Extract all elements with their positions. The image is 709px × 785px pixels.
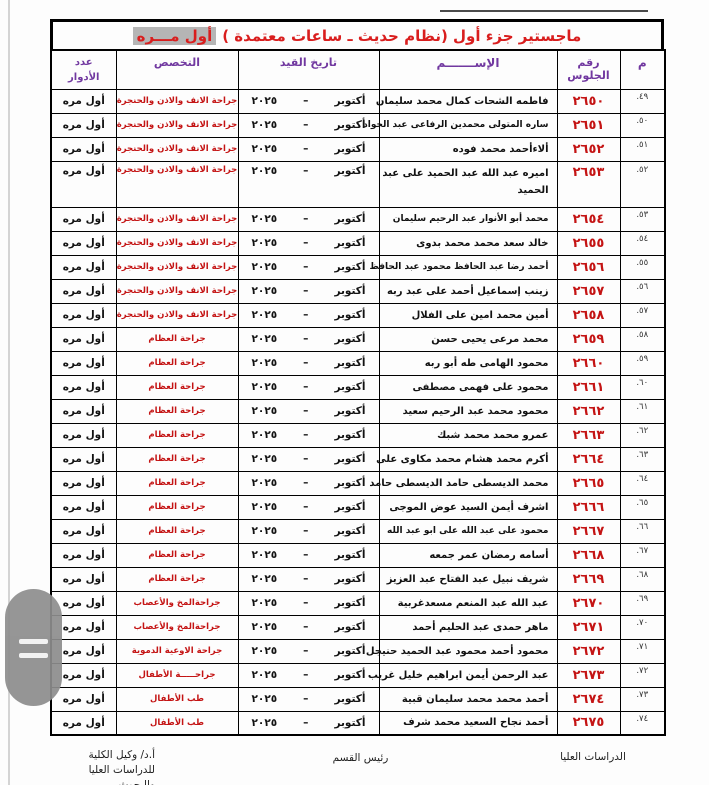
date-separator: – — [303, 717, 308, 729]
cell-student-name: أمين محمد امين على الفلال — [379, 303, 557, 327]
cell-student-name: زينب إسماعيل أحمد على عبد ربه — [379, 279, 557, 303]
col-header-name: الإســـــــم — [379, 50, 557, 89]
footer-left-line2: للدراسات العليا والبحوث — [55, 763, 155, 785]
cell-specialty: جراحةالمخ والأعصاب — [116, 591, 238, 615]
date-year: ٢٠٢٥ — [252, 357, 278, 369]
cell-rounds: أول مره — [51, 137, 116, 161]
cell-specialty: جراحة العظام — [116, 351, 238, 375]
cell-index: ٧٣. — [620, 687, 665, 711]
table-row: ٤٩. ٢٦٥٠ فاطمه الشحات كمال محمد سليمان أ… — [51, 89, 665, 113]
cell-specialty: جراحةالمخ والأعصاب — [116, 615, 238, 639]
cell-rounds: أول مره — [51, 351, 116, 375]
date-month: أكتوبر — [334, 429, 365, 441]
cell-specialty: جراحة العظام — [116, 519, 238, 543]
cell-specialty: طب الأطفال — [116, 711, 238, 735]
cell-seat-number: ٢٦٦٦ — [557, 495, 620, 519]
cell-index: ٦٦. — [620, 519, 665, 543]
date-separator: – — [303, 357, 308, 369]
document: ماجستير جزء أول (نظام حديث ـ ساعات معتمد… — [50, 19, 664, 736]
date-separator: – — [303, 549, 308, 561]
date-year: ٢٠٢٥ — [252, 333, 278, 345]
cell-enrollment-date: أكتوبر – ٢٠٢٥ — [238, 399, 379, 423]
cell-enrollment-date: أكتوبر – ٢٠٢٥ — [238, 303, 379, 327]
cell-seat-number: ٢٦٥٩ — [557, 327, 620, 351]
date-year: ٢٠٢٥ — [252, 237, 278, 249]
cell-index: ٦٣. — [620, 447, 665, 471]
cell-rounds: أول مره — [51, 375, 116, 399]
table-row: ٦٥. ٢٦٦٦ اشرف أيمن السيد عوض الموجى أكتو… — [51, 495, 665, 519]
cell-index: ٥١. — [620, 137, 665, 161]
cell-seat-number: ٢٦٧١ — [557, 615, 620, 639]
cell-specialty: جراحة العظام — [116, 399, 238, 423]
date-month: أكتوبر — [334, 357, 365, 369]
date-year: ٢٠٢٥ — [252, 669, 278, 681]
cell-seat-number: ٢٦٦٥ — [557, 471, 620, 495]
date-year: ٢٠٢٥ — [252, 477, 278, 489]
date-month: أكتوبر — [334, 621, 365, 633]
cell-seat-number: ٢٦٧٥ — [557, 711, 620, 735]
cell-specialty: جراحة العظام — [116, 423, 238, 447]
cell-specialty: جراحة الانف والاذن والحنجرة — [116, 207, 238, 231]
table-row: ٧٣. ٢٦٧٤ أحمد محمد محمد سليمان قبية أكتو… — [51, 687, 665, 711]
date-separator: – — [303, 165, 308, 177]
date-separator: – — [303, 405, 308, 417]
date-month: أكتوبر — [334, 381, 365, 393]
cell-specialty: جراحة العظام — [116, 567, 238, 591]
date-year: ٢٠٢٥ — [252, 381, 278, 393]
cell-specialty: جراحة العظام — [116, 447, 238, 471]
col-header-specialty: التخصص — [116, 50, 238, 89]
date-month: أكتوبر — [334, 453, 365, 465]
date-year: ٢٠٢٥ — [252, 693, 278, 705]
table-row: ٥٣. ٢٦٥٤ محمد أبو الأنوار عبد الرحيم سلي… — [51, 207, 665, 231]
date-separator: – — [303, 501, 308, 513]
table-row: ٦٣. ٢٦٦٤ أكرم محمد هشام محمد مكاوى على أ… — [51, 447, 665, 471]
table-header-row: م رقم الجلوس الإســـــــم تاريخ القيد ال… — [51, 50, 665, 89]
table-row: ٥١. ٢٦٥٢ ألاءأحمد محمد فوده أكتوبر – ٢٠٢… — [51, 137, 665, 161]
cell-seat-number: ٢٦٦٨ — [557, 543, 620, 567]
cell-specialty: جراحة العظام — [116, 495, 238, 519]
date-month: أكتوبر — [334, 165, 365, 177]
cell-student-name: محمد مرعى يحيى حسن — [379, 327, 557, 351]
date-separator: – — [303, 669, 308, 681]
date-year: ٢٠٢٥ — [252, 405, 278, 417]
table-row: ٥٩. ٢٦٦٠ محمود الهامى طه أبو ربه أكتوبر … — [51, 351, 665, 375]
cell-student-name: محمد أبو الأنوار عبد الرحيم سليمان — [379, 207, 557, 231]
table-row: ٦١. ٢٦٦٢ محمود محمد عبد الرحيم سعيد أكتو… — [51, 399, 665, 423]
date-separator: – — [303, 525, 308, 537]
table-row: ٧١. ٢٦٧٢ محمود أحمد محمود عبد الحميد حني… — [51, 639, 665, 663]
cell-index: ٦٠. — [620, 375, 665, 399]
date-month: أكتوبر — [334, 525, 365, 537]
date-month: أكتوبر — [334, 285, 365, 297]
cell-enrollment-date: أكتوبر – ٢٠٢٥ — [238, 711, 379, 735]
table-row: ٧٠. ٢٦٧١ ماهر حمدى عبد الحليم أحمد أكتوب… — [51, 615, 665, 639]
cell-student-name: عبد الله عبد المنعم مسعدغربية — [379, 591, 557, 615]
cell-student-name: عمرو محمد محمد شبك — [379, 423, 557, 447]
cell-specialty: جراحة الانف والاذن والحنجرة — [116, 255, 238, 279]
date-month: أكتوبر — [334, 597, 365, 609]
date-month: أكتوبر — [334, 549, 365, 561]
cell-index: ٦٤. — [620, 471, 665, 495]
cell-index: ٥٤. — [620, 231, 665, 255]
cell-seat-number: ٢٦٦١ — [557, 375, 620, 399]
table-row: ٥٤. ٢٦٥٥ خالد سعد محمد محمد بدوى أكتوبر … — [51, 231, 665, 255]
footer-center-signature: رئيس القسم — [323, 752, 398, 764]
date-separator: – — [303, 309, 308, 321]
table-row: ٦٢. ٢٦٦٣ عمرو محمد محمد شبك أكتوبر – ٢٠٢… — [51, 423, 665, 447]
date-year: ٢٠٢٥ — [252, 143, 278, 155]
cell-rounds: أول مره — [51, 519, 116, 543]
footer-left-signature: أ.د/ وكيل الكلية للدراسات العليا والبحوث — [55, 748, 155, 785]
cell-rounds: أول مره — [51, 279, 116, 303]
date-year: ٢٠٢٥ — [252, 285, 278, 297]
date-month: أكتوبر — [334, 213, 365, 225]
cell-student-name: اشرف أيمن السيد عوض الموجى — [379, 495, 557, 519]
date-separator: – — [303, 381, 308, 393]
cell-rounds: أول مره — [51, 89, 116, 113]
cell-rounds: أول مره — [51, 687, 116, 711]
table-row: ٥٠. ٢٦٥١ ساره المتولى محمدين الرفاعى عبد… — [51, 113, 665, 137]
table-row: ٥٥. ٢٦٥٦ أحمد رضا عبد الحافظ محمود عبد ا… — [51, 255, 665, 279]
cell-seat-number: ٢٦٥٨ — [557, 303, 620, 327]
cell-enrollment-date: أكتوبر – ٢٠٢٥ — [238, 543, 379, 567]
date-year: ٢٠٢٥ — [252, 525, 278, 537]
cell-index: ٥٠. — [620, 113, 665, 137]
cell-student-name: أحمد محمد محمد سليمان قبية — [379, 687, 557, 711]
cell-enrollment-date: أكتوبر – ٢٠٢٥ — [238, 591, 379, 615]
cell-seat-number: ٢٦٧٣ — [557, 663, 620, 687]
cell-specialty: جراحة الانف والاذن والحنجرة — [116, 231, 238, 255]
cell-student-name: اميره عبد الله عبد الحميد على عبد الحميد — [379, 161, 557, 207]
cell-student-name: ساره المتولى محمدين الرفاعى عبد الجواد — [379, 113, 557, 137]
cell-student-name: عبد الرحمن أيمن ابراهيم خليل غريب — [379, 663, 557, 687]
cell-seat-number: ٢٦٥٥ — [557, 231, 620, 255]
cell-seat-number: ٢٦٦٤ — [557, 447, 620, 471]
date-year: ٢٠٢٥ — [252, 621, 278, 633]
cell-seat-number: ٢٦٦٠ — [557, 351, 620, 375]
date-separator: – — [303, 213, 308, 225]
cell-specialty: جراحة العظام — [116, 471, 238, 495]
cell-enrollment-date: أكتوبر – ٢٠٢٥ — [238, 519, 379, 543]
top-underline — [440, 10, 648, 12]
date-year: ٢٠٢٥ — [252, 95, 278, 107]
col-header-date: تاريخ القيد — [238, 50, 379, 89]
student-table-body: ٤٩. ٢٦٥٠ فاطمه الشحات كمال محمد سليمان أ… — [51, 89, 665, 735]
cell-specialty: جراحة العظام — [116, 543, 238, 567]
date-separator: – — [303, 119, 308, 131]
cell-enrollment-date: أكتوبر – ٢٠٢٥ — [238, 161, 379, 207]
cell-rounds: أول مره — [51, 543, 116, 567]
cell-rounds: أول مره — [51, 161, 116, 207]
cell-index: ٦٨. — [620, 567, 665, 591]
cell-student-name: ألاءأحمد محمد فوده — [379, 137, 557, 161]
cell-index: ٥٨. — [620, 327, 665, 351]
cell-rounds: أول مره — [51, 255, 116, 279]
cell-rounds: أول مره — [51, 567, 116, 591]
cell-student-name: محمد الديسطى حامد الديسطى حامد — [379, 471, 557, 495]
date-separator: – — [303, 645, 308, 657]
table-row: ٥٧. ٢٦٥٨ أمين محمد امين على الفلال أكتوب… — [51, 303, 665, 327]
date-separator: – — [303, 597, 308, 609]
cell-specialty: جراحة الانف والاذن والحنجرة — [116, 279, 238, 303]
cell-student-name: محمود محمد عبد الرحيم سعيد — [379, 399, 557, 423]
students-table: م رقم الجلوس الإســـــــم تاريخ القيد ال… — [50, 49, 666, 736]
cell-index: ٥٧. — [620, 303, 665, 327]
col-header-rounds: عدد الأدوار — [51, 50, 116, 89]
cell-student-name: محمود على فهمى مصطفى — [379, 375, 557, 399]
cell-seat-number: ٢٦٧٢ — [557, 639, 620, 663]
cell-student-name: ماهر حمدى عبد الحليم أحمد — [379, 615, 557, 639]
cell-rounds: أول مره — [51, 207, 116, 231]
cell-enrollment-date: أكتوبر – ٢٠٢٥ — [238, 207, 379, 231]
date-month: أكتوبر — [334, 669, 365, 681]
date-month: أكتوبر — [334, 143, 365, 155]
cell-index: ٤٩. — [620, 89, 665, 113]
date-year: ٢٠٢٥ — [252, 645, 278, 657]
date-month: أكتوبر — [334, 501, 365, 513]
cell-rounds: أول مره — [51, 113, 116, 137]
cell-enrollment-date: أكتوبر – ٢٠٢٥ — [238, 639, 379, 663]
date-year: ٢٠٢٥ — [252, 501, 278, 513]
cell-enrollment-date: أكتوبر – ٢٠٢٥ — [238, 279, 379, 303]
cell-student-name: محمود على عبد الله على ابو عبد الله — [379, 519, 557, 543]
cell-rounds: أول مره — [51, 447, 116, 471]
date-separator: – — [303, 333, 308, 345]
cell-index: ٥٢. — [620, 161, 665, 207]
date-month: أكتوبر — [334, 693, 365, 705]
cell-seat-number: ٢٦٧٤ — [557, 687, 620, 711]
cell-rounds: أول مره — [51, 231, 116, 255]
date-month: أكتوبر — [334, 95, 365, 107]
table-row: ٧٤. ٢٦٧٥ أحمد نجاح السعيد محمد شرف أكتوب… — [51, 711, 665, 735]
table-row: ٦٩. ٢٦٧٠ عبد الله عبد المنعم مسعدغربية أ… — [51, 591, 665, 615]
handle-bar-icon — [19, 639, 48, 644]
cell-specialty: جراحة الانف والاذن والحنجرة — [116, 303, 238, 327]
cell-index: ٦٩. — [620, 591, 665, 615]
cell-index: ٧٢. — [620, 663, 665, 687]
cell-seat-number: ٢٦٦٩ — [557, 567, 620, 591]
cell-seat-number: ٢٦٥٠ — [557, 89, 620, 113]
date-month: أكتوبر — [334, 333, 365, 345]
date-separator: – — [303, 261, 308, 273]
date-separator: – — [303, 143, 308, 155]
cell-rounds: أول مره — [51, 495, 116, 519]
cell-seat-number: ٢٦٦٧ — [557, 519, 620, 543]
date-month: أكتوبر — [334, 405, 365, 417]
date-separator: – — [303, 477, 308, 489]
table-row: ٦٧. ٢٦٦٨ أسامه رمضان عمر جمعه أكتوبر – ٢… — [51, 543, 665, 567]
date-month: أكتوبر — [334, 261, 365, 273]
cell-student-name: أكرم محمد هشام محمد مكاوى على — [379, 447, 557, 471]
handle-bar-icon — [19, 653, 48, 658]
cell-enrollment-date: أكتوبر – ٢٠٢٥ — [238, 231, 379, 255]
cell-index: ٦١. — [620, 399, 665, 423]
date-month: أكتوبر — [334, 717, 365, 729]
cell-enrollment-date: أكتوبر – ٢٠٢٥ — [238, 423, 379, 447]
cell-index: ٦٥. — [620, 495, 665, 519]
cell-seat-number: ٢٦٦٢ — [557, 399, 620, 423]
date-year: ٢٠٢٥ — [252, 261, 278, 273]
cell-seat-number: ٢٦٥٦ — [557, 255, 620, 279]
date-separator: – — [303, 573, 308, 585]
date-year: ٢٠٢٥ — [252, 597, 278, 609]
cell-seat-number: ٢٦٥٤ — [557, 207, 620, 231]
cell-enrollment-date: أكتوبر – ٢٠٢٥ — [238, 327, 379, 351]
cell-specialty: جراحـــــة الأطفال — [116, 663, 238, 687]
cell-index: ٦٧. — [620, 543, 665, 567]
footer-left-line1: أ.د/ وكيل الكلية — [55, 748, 155, 763]
date-year: ٢٠٢٥ — [252, 309, 278, 321]
date-month: أكتوبر — [334, 573, 365, 585]
cell-enrollment-date: أكتوبر – ٢٠٢٥ — [238, 89, 379, 113]
cell-enrollment-date: أكتوبر – ٢٠٢٥ — [238, 663, 379, 687]
cell-rounds: أول مره — [51, 711, 116, 735]
cell-student-name: فاطمه الشحات كمال محمد سليمان — [379, 89, 557, 113]
date-month: أكتوبر — [334, 645, 365, 657]
date-year: ٢٠٢٥ — [252, 119, 278, 131]
page-title-main: ماجستير جزء أول (نظام حديث ـ ساعات معتمد… — [222, 27, 581, 45]
cell-seat-number: ٢٦٥١ — [557, 113, 620, 137]
footer-right-signature: الدراسات العليا — [552, 751, 634, 763]
table-row: ٥٨. ٢٦٥٩ محمد مرعى يحيى حسن أكتوبر – ٢٠٢… — [51, 327, 665, 351]
date-year: ٢٠٢٥ — [252, 213, 278, 225]
cell-rounds: أول مره — [51, 327, 116, 351]
date-separator: – — [303, 429, 308, 441]
cell-index: ٥٥. — [620, 255, 665, 279]
cell-rounds: أول مره — [51, 399, 116, 423]
table-row: ٦٠. ٢٦٦١ محمود على فهمى مصطفى أكتوبر – ٢… — [51, 375, 665, 399]
date-month: أكتوبر — [334, 309, 365, 321]
col-header-seat: رقم الجلوس — [557, 50, 620, 89]
cell-index: ٥٦. — [620, 279, 665, 303]
cell-index: ٦٢. — [620, 423, 665, 447]
cell-specialty: جراحة الانف والاذن والحنجرة — [116, 161, 238, 207]
cell-enrollment-date: أكتوبر – ٢٠٢٥ — [238, 447, 379, 471]
cell-enrollment-date: أكتوبر – ٢٠٢٥ — [238, 567, 379, 591]
cell-specialty: طب الأطفال — [116, 687, 238, 711]
cell-enrollment-date: أكتوبر – ٢٠٢٥ — [238, 113, 379, 137]
cell-index: ٧٠. — [620, 615, 665, 639]
cell-student-name: أحمد رضا عبد الحافظ محمود عبد الحافظ — [379, 255, 557, 279]
cell-enrollment-date: أكتوبر – ٢٠٢٥ — [238, 471, 379, 495]
cell-enrollment-date: أكتوبر – ٢٠٢٥ — [238, 615, 379, 639]
cell-enrollment-date: أكتوبر – ٢٠٢٥ — [238, 495, 379, 519]
cell-rounds: أول مره — [51, 471, 116, 495]
cell-rounds: أول مره — [51, 303, 116, 327]
cell-specialty: جراحة العظام — [116, 375, 238, 399]
page-title: ماجستير جزء أول (نظام حديث ـ ساعات معتمد… — [50, 19, 664, 49]
cell-specialty: جراحة الانف والاذن والحنجرة — [116, 89, 238, 113]
date-year: ٢٠٢٥ — [252, 573, 278, 585]
cell-student-name: محمود الهامى طه أبو ربه — [379, 351, 557, 375]
date-year: ٢٠٢٥ — [252, 717, 278, 729]
date-separator: – — [303, 453, 308, 465]
col-header-index: م — [620, 50, 665, 89]
table-row: ٥٢. ٢٦٥٣ اميره عبد الله عبد الحميد على ع… — [51, 161, 665, 207]
cell-enrollment-date: أكتوبر – ٢٠٢٥ — [238, 375, 379, 399]
table-row: ٧٢. ٢٦٧٣ عبد الرحمن أيمن ابراهيم خليل غر… — [51, 663, 665, 687]
page-title-highlight: أول مـــره — [133, 27, 217, 45]
cell-enrollment-date: أكتوبر – ٢٠٢٥ — [238, 255, 379, 279]
cell-student-name: خالد سعد محمد محمد بدوى — [379, 231, 557, 255]
date-year: ٢٠٢٥ — [252, 429, 278, 441]
cell-student-name: محمود أحمد محمود عبد الحميد حنيجل — [379, 639, 557, 663]
date-separator: – — [303, 285, 308, 297]
cell-seat-number: ٢٦٥٢ — [557, 137, 620, 161]
cell-rounds: أول مره — [51, 423, 116, 447]
cell-student-name: شريف نبيل عبد الفتاح عبد العزيز — [379, 567, 557, 591]
table-row: ٦٤. ٢٦٦٥ محمد الديسطى حامد الديسطى حامد … — [51, 471, 665, 495]
cell-specialty: جراحة العظام — [116, 327, 238, 351]
date-separator: – — [303, 693, 308, 705]
cell-index: ٧٤. — [620, 711, 665, 735]
floating-side-handle[interactable] — [5, 589, 62, 706]
date-month: أكتوبر — [334, 119, 365, 131]
table-row: ٦٦. ٢٦٦٧ محمود على عبد الله على ابو عبد … — [51, 519, 665, 543]
date-year: ٢٠٢٥ — [252, 453, 278, 465]
cell-enrollment-date: أكتوبر – ٢٠٢٥ — [238, 687, 379, 711]
cell-enrollment-date: أكتوبر – ٢٠٢٥ — [238, 137, 379, 161]
cell-seat-number: ٢٦٦٣ — [557, 423, 620, 447]
cell-index: ٥٣. — [620, 207, 665, 231]
cell-student-name: أسامه رمضان عمر جمعه — [379, 543, 557, 567]
cell-specialty: جراحة الانف والاذن والحنجرة — [116, 113, 238, 137]
cell-seat-number: ٢٦٧٠ — [557, 591, 620, 615]
date-year: ٢٠٢٥ — [252, 549, 278, 561]
cell-index: ٧١. — [620, 639, 665, 663]
cell-student-name: أحمد نجاح السعيد محمد شرف — [379, 711, 557, 735]
table-row: ٦٨. ٢٦٦٩ شريف نبيل عبد الفتاح عبد العزيز… — [51, 567, 665, 591]
date-month: أكتوبر — [334, 477, 365, 489]
date-separator: – — [303, 237, 308, 249]
table-row: ٥٦. ٢٦٥٧ زينب إسماعيل أحمد على عبد ربه أ… — [51, 279, 665, 303]
date-separator: – — [303, 95, 308, 107]
cell-seat-number: ٢٦٥٧ — [557, 279, 620, 303]
date-separator: – — [303, 621, 308, 633]
date-year: ٢٠٢٥ — [252, 165, 278, 177]
cell-seat-number: ٢٦٥٣ — [557, 161, 620, 207]
cell-specialty: جراحة الانف والاذن والحنجرة — [116, 137, 238, 161]
date-month: أكتوبر — [334, 237, 365, 249]
cell-enrollment-date: أكتوبر – ٢٠٢٥ — [238, 351, 379, 375]
cell-specialty: جراحة الاوعية الدموية — [116, 639, 238, 663]
cell-index: ٥٩. — [620, 351, 665, 375]
